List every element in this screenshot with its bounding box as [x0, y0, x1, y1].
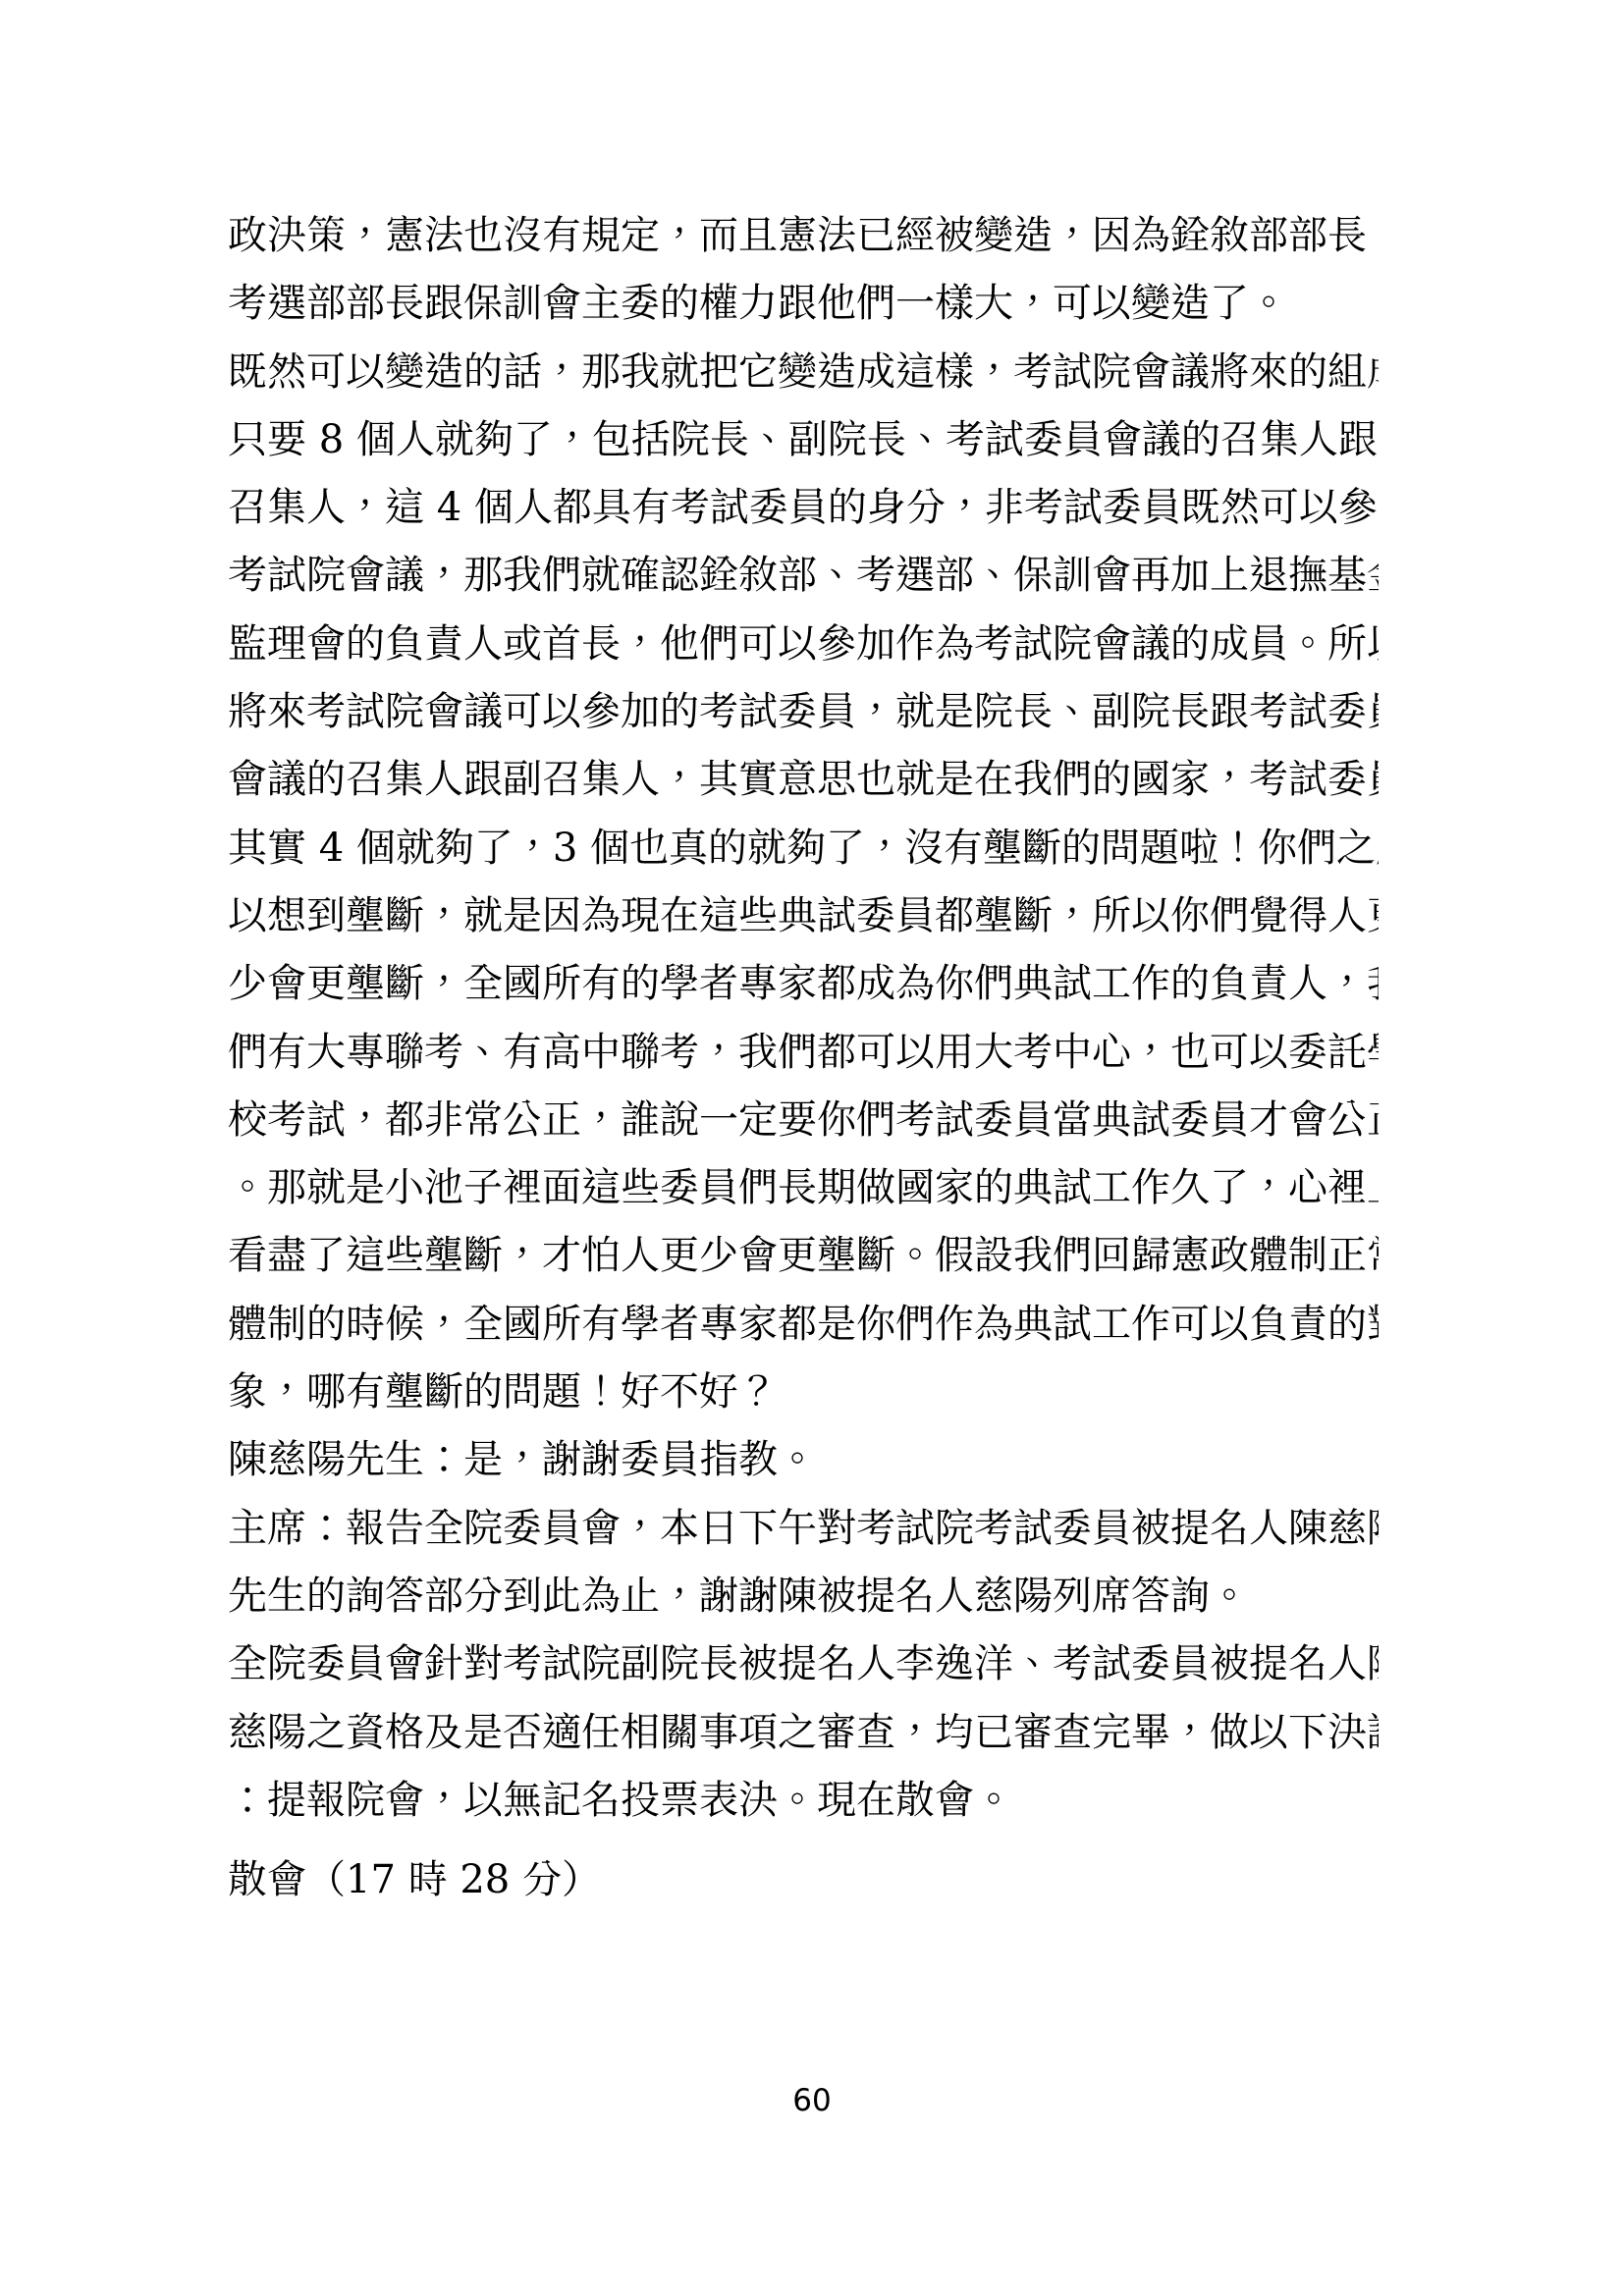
paragraph-adjournment: 散會（17 時 28 分）	[228, 1846, 1379, 1914]
text-line: 。那就是小池子裡面這些委員們長期做國家的典試工作久了，心裡上	[228, 1154, 1379, 1222]
text-line: 政決策，憲法也沒有規定，而且憲法已經被變造，因為銓敘部部長、	[228, 202, 1379, 270]
text-line: 少會更壟斷，全國所有的學者專家都成為你們典試工作的負責人，我	[228, 950, 1379, 1018]
text-line: 考試院會議，那我們就確認銓敘部、考選部、保訓會再加上退撫基金	[228, 542, 1379, 610]
text-line: 既然可以變造的話，那我就把它變造成這樣，考試院會議將來的組成	[228, 339, 1379, 406]
text-line: 召集人，這 4 個人都具有考試委員的身分，非考試委員既然可以參加	[228, 474, 1379, 542]
text-line: 陳慈陽先生：是，謝謝委員指教。	[228, 1426, 1379, 1494]
paragraph: 政決策，憲法也沒有規定，而且憲法已經被變造，因為銓敘部部長、 考選部部長跟保訓會…	[228, 202, 1379, 339]
text-line: 會議的召集人跟副召集人，其實意思也就是在我們的國家，考試委員	[228, 746, 1379, 814]
text-line: 將來考試院會議可以參加的考試委員，就是院長、副院長跟考試委員	[228, 678, 1379, 746]
text-line: 象，哪有壟斷的問題！好不好？	[228, 1359, 1379, 1426]
text-line: 們有大專聯考、有高中聯考，我們都可以用大考中心，也可以委託學	[228, 1019, 1379, 1087]
paragraph: 既然可以變造的話，那我就把它變造成這樣，考試院會議將來的組成 只要 8 個人就夠…	[228, 339, 1379, 1427]
paragraph: 全院委員會針對考試院副院長被提名人李逸洋、考試委員被提名人陳 慈陽之資格及是否適…	[228, 1630, 1379, 1835]
adjournment-line: 散會（17 時 28 分）	[228, 1846, 1379, 1914]
document-body: 政決策，憲法也沒有規定，而且憲法已經被變造，因為銓敘部部長、 考選部部長跟保訓會…	[228, 202, 1379, 1914]
paragraph: 陳慈陽先生：是，謝謝委員指教。	[228, 1426, 1379, 1494]
text-line: 先生的詢答部分到此為止，謝謝陳被提名人慈陽列席答詢。	[228, 1563, 1379, 1630]
text-line: 主席：報告全院委員會，本日下午對考試院考試委員被提名人陳慈陽	[228, 1495, 1379, 1563]
text-line: 全院委員會針對考試院副院長被提名人李逸洋、考試委員被提名人陳	[228, 1630, 1379, 1698]
text-line: 只要 8 個人就夠了，包括院長、副院長、考試委員會議的召集人跟副	[228, 406, 1379, 474]
paragraph: 主席：報告全院委員會，本日下午對考試院考試委員被提名人陳慈陽 先生的詢答部分到此…	[228, 1495, 1379, 1631]
text-line: 看盡了這些壟斷，才怕人更少會更壟斷。假設我們回歸憲政體制正常	[228, 1222, 1379, 1290]
text-line: 校考試，都非常公正，誰說一定要你們考試委員當典試委員才會公正	[228, 1087, 1379, 1154]
text-line: 其實 4 個就夠了，3 個也真的就夠了，沒有壟斷的問題啦！你們之所	[228, 815, 1379, 882]
text-line: 體制的時候，全國所有學者專家都是你們作為典試工作可以負責的對	[228, 1291, 1379, 1359]
page-number: 60	[0, 2083, 1624, 2118]
text-line: 監理會的負責人或首長，他們可以參加作為考試院會議的成員。所以	[228, 611, 1379, 678]
text-line: ：提報院會，以無記名投票表決。現在散會。	[228, 1767, 1379, 1835]
text-line: 考選部部長跟保訓會主委的權力跟他們一樣大，可以變造了。	[228, 270, 1379, 338]
text-line: 慈陽之資格及是否適任相關事項之審查，均已審查完畢，做以下決議	[228, 1699, 1379, 1767]
text-line: 以想到壟斷，就是因為現在這些典試委員都壟斷，所以你們覺得人更	[228, 882, 1379, 950]
